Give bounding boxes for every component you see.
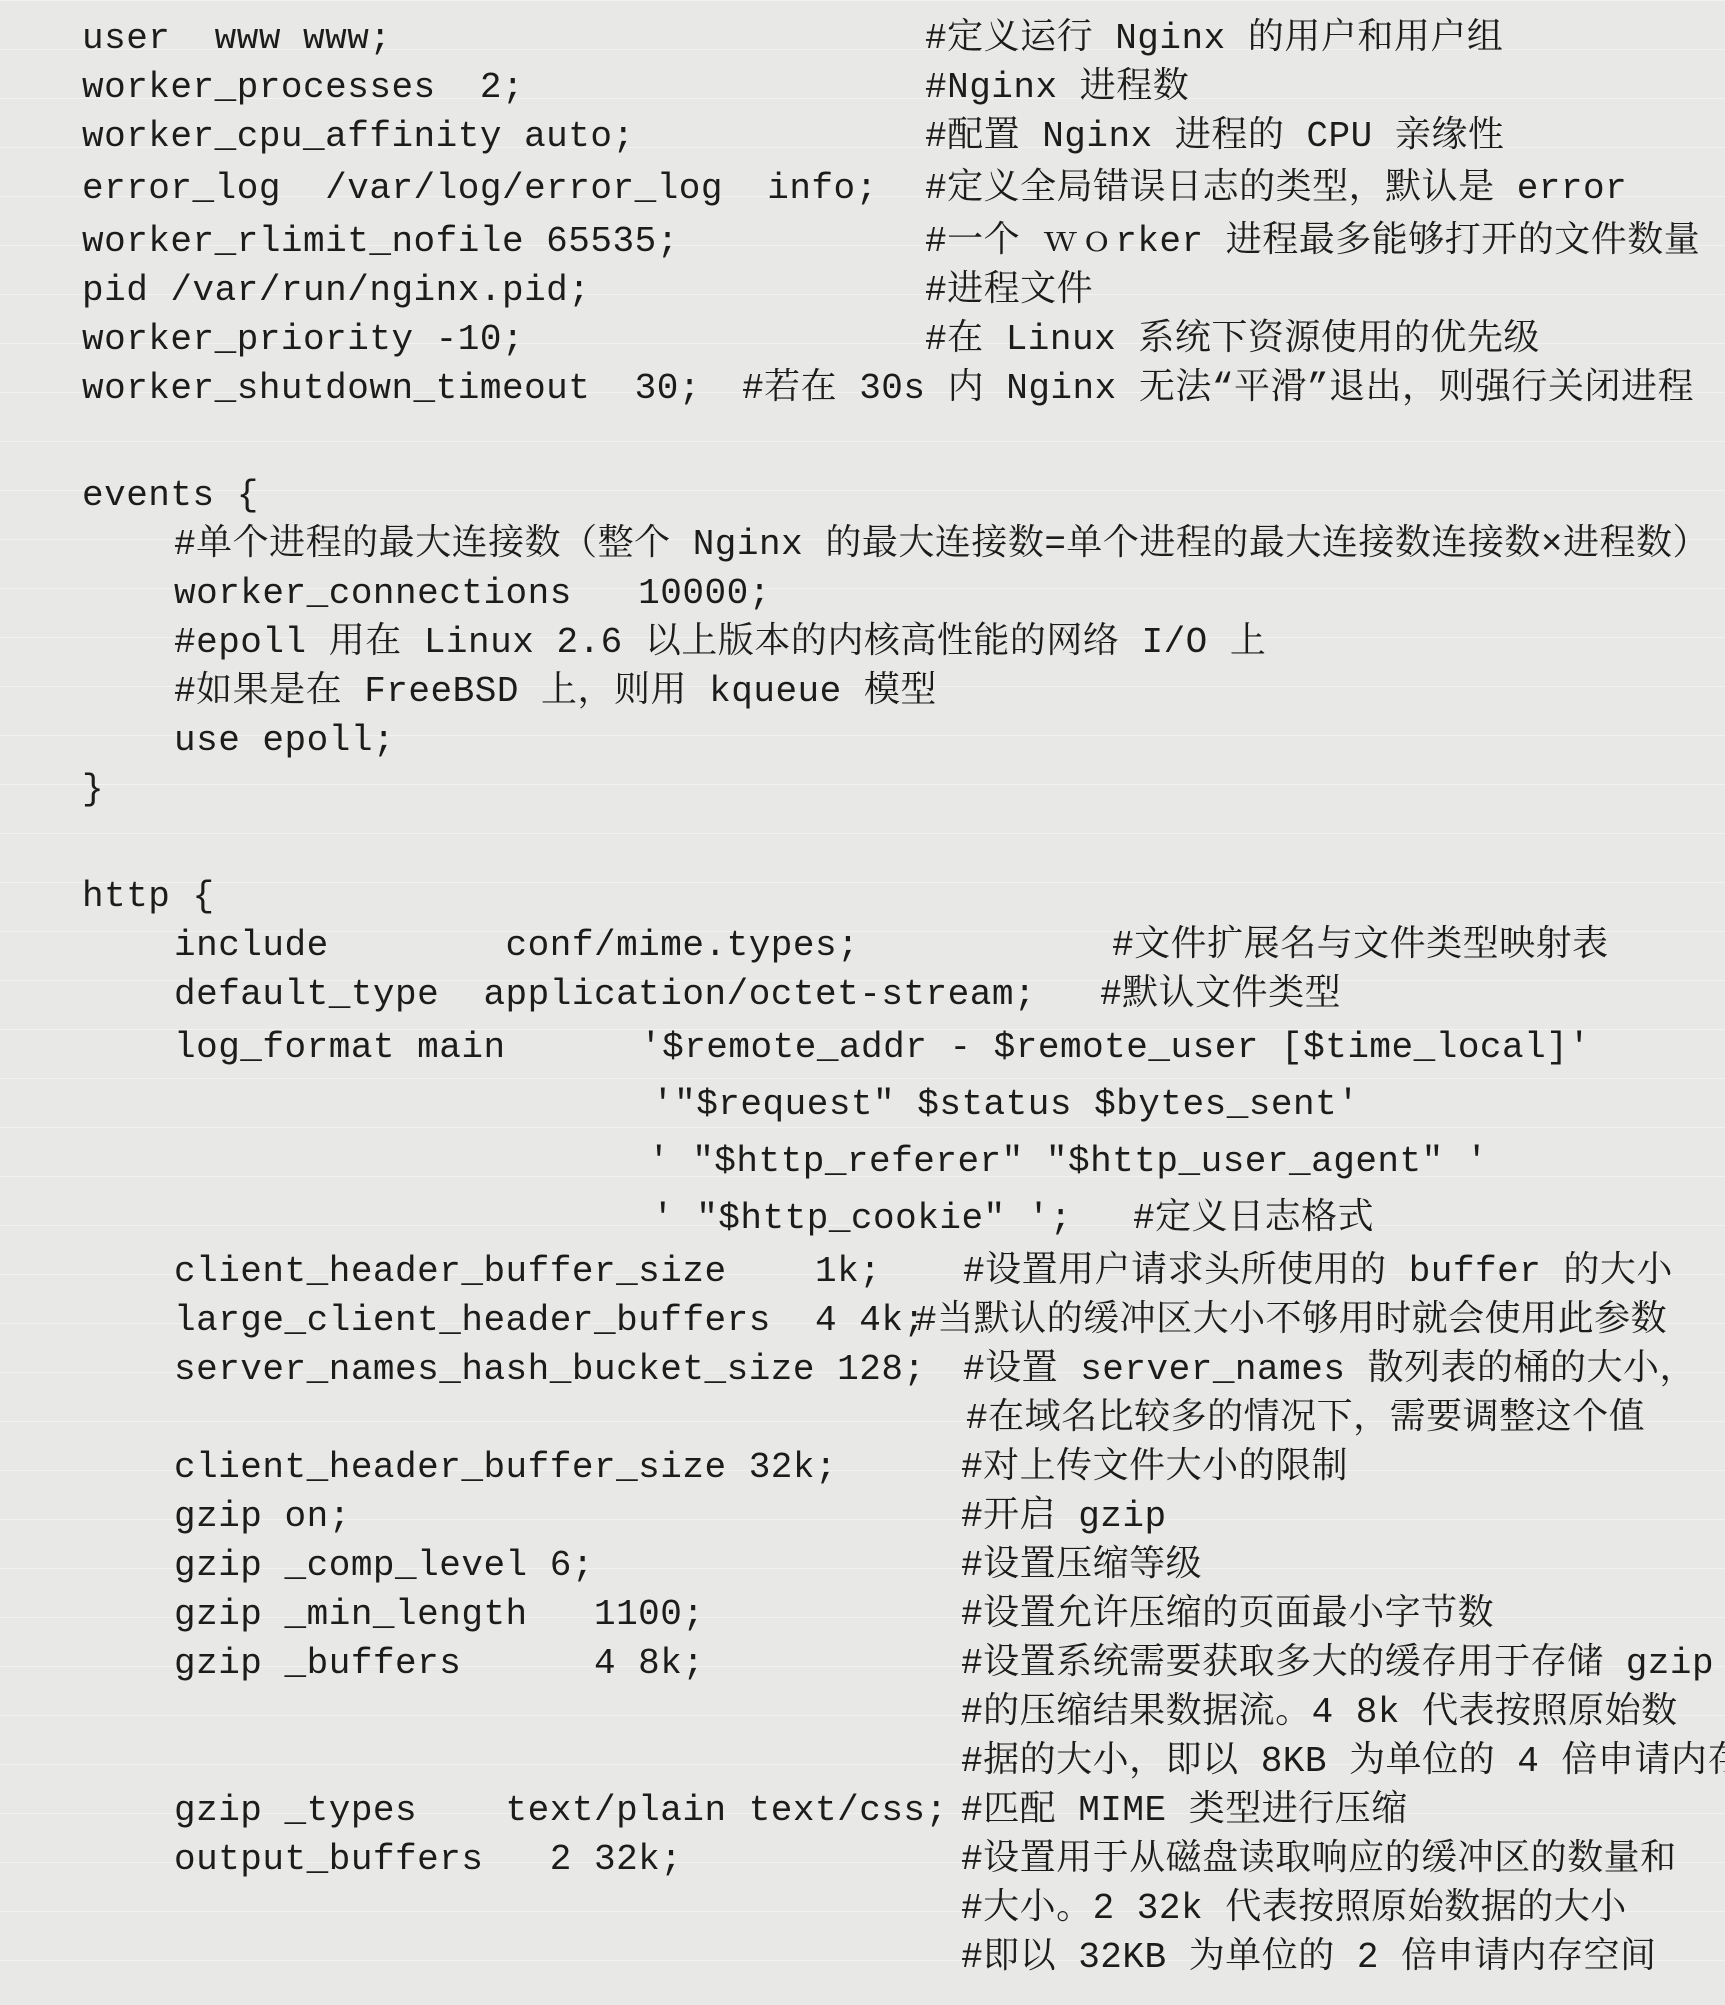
code-text: large_client_header_buffers 4 4k; bbox=[174, 1296, 926, 1345]
code-line: ' "$http_referer" "$http_user_agent" ' bbox=[0, 1133, 1725, 1190]
comment-text: #在域名比较多的情况下，需要调整这个值 bbox=[966, 1394, 1645, 1443]
comment-text: #定义运行 Nginx 的用户和用户组 bbox=[925, 14, 1503, 63]
code-line: include conf/mime.types;#文件扩展名与文件类型映射表 bbox=[0, 921, 1725, 970]
code-text: gzip _min_length 1100; bbox=[174, 1590, 704, 1639]
code-line: worker_priority -10;#在 Linux 系统下资源使用的优先级 bbox=[0, 315, 1725, 364]
code-line: error_log /var/log/error_log info;#定义全局错… bbox=[0, 161, 1725, 217]
code-text: default_type application/octet-stream; bbox=[174, 970, 1036, 1019]
code-line: } bbox=[0, 765, 1725, 814]
blank-line bbox=[0, 413, 1725, 471]
code-line: #在域名比较多的情况下，需要调整这个值 bbox=[0, 1394, 1725, 1443]
comment-text: #据的大小，即以 8KB 为单位的 4 倍申请内存 bbox=[961, 1737, 1725, 1786]
code-text: worker_connections 10000; bbox=[174, 569, 771, 618]
code-line: worker_connections 10000; bbox=[0, 569, 1725, 618]
code-line: user www www;#定义运行 Nginx 的用户和用户组 bbox=[0, 14, 1725, 63]
code-text: use epoll; bbox=[174, 716, 395, 765]
code-text: client_header_buffer_size 1k; bbox=[174, 1247, 881, 1296]
code-text: worker_shutdown_timeout 30; bbox=[82, 364, 701, 413]
code-line: #如果是在 FreeBSD 上，则用 kqueue 模型 bbox=[0, 667, 1725, 716]
code-line: worker_rlimit_nofile 65535;#一个 ｗｏrker 进程… bbox=[0, 217, 1725, 266]
comment-text: #开启 gzip bbox=[961, 1492, 1167, 1541]
comment-text: #设置压缩等级 bbox=[961, 1541, 1202, 1590]
code-text: pid /var/run/nginx.pid; bbox=[82, 266, 590, 315]
code-text: ' "$http_referer" "$http_user_agent" ' bbox=[648, 1133, 1488, 1190]
code-line: '"$request" $status $bytes_sent' bbox=[0, 1076, 1725, 1133]
code-text: user www www; bbox=[82, 14, 391, 63]
blank-line bbox=[0, 814, 1725, 872]
code-line: worker_processes 2;#Nginx 进程数 bbox=[0, 63, 1725, 112]
code-text: include conf/mime.types; bbox=[174, 921, 859, 970]
code-line: client_header_buffer_size 1k;#设置用户请求头所使用… bbox=[0, 1247, 1725, 1296]
code-text: gzip _buffers 4 8k; bbox=[174, 1639, 704, 1688]
code-line: pid /var/run/nginx.pid;#进程文件 bbox=[0, 266, 1725, 315]
code-line: gzip _types text/plain text/css;#匹配 MIME… bbox=[0, 1786, 1725, 1835]
code-line: gzip on;#开启 gzip bbox=[0, 1492, 1725, 1541]
comment-text: #设置用户请求头所使用的 buffer 的大小 bbox=[963, 1247, 1673, 1296]
comment-text: #单个进程的最大连接数（整个 Nginx 的最大连接数=单个进程的最大连接数连接… bbox=[174, 520, 1709, 569]
code-text: output_buffers 2 32k; bbox=[174, 1835, 682, 1884]
comment-text: #设置 server_names 散列表的桶的大小， bbox=[963, 1345, 1696, 1394]
comment-text: #设置用于从磁盘读取响应的缓冲区的数量和 bbox=[961, 1835, 1677, 1884]
comment-text: #epoll 用在 Linux 2.6 以上版本的内核高性能的网络 I/O 上 bbox=[174, 618, 1266, 667]
code-text: worker_rlimit_nofile 65535; bbox=[82, 217, 679, 266]
code-text: log_format main bbox=[174, 1019, 506, 1076]
code-line: #的压缩结果数据流。4 8k 代表按照原始数 bbox=[0, 1688, 1725, 1737]
comment-text: #匹配 MIME 类型进行压缩 bbox=[961, 1786, 1408, 1835]
code-text: gzip _types text/plain text/css; bbox=[174, 1786, 948, 1835]
code-text: client_header_buffer_size 32k; bbox=[174, 1443, 837, 1492]
comment-text: #一个 ｗｏrker 进程最多能够打开的文件数量 bbox=[925, 217, 1700, 266]
code-text: events { bbox=[82, 471, 259, 520]
comment-text: #若在 30s 内 Nginx 无法“平滑”退出，则强行关闭进程 bbox=[742, 364, 1694, 413]
code-line: worker_cpu_affinity auto;#配置 Nginx 进程的 C… bbox=[0, 112, 1725, 161]
comment-text: #配置 Nginx 进程的 CPU 亲缘性 bbox=[925, 112, 1504, 161]
code-line: events { bbox=[0, 471, 1725, 520]
code-line: log_format main'$remote_addr - $remote_u… bbox=[0, 1019, 1725, 1076]
comment-text: #Nginx 进程数 bbox=[925, 63, 1189, 112]
comment-text: #即以 32KB 为单位的 2 倍申请内存空间 bbox=[961, 1933, 1657, 1982]
code-line: #即以 32KB 为单位的 2 倍申请内存空间 bbox=[0, 1933, 1725, 1982]
code-line: ' "$http_cookie" ';#定义日志格式 bbox=[0, 1190, 1725, 1247]
code-line: default_type application/octet-stream;#默… bbox=[0, 970, 1725, 1019]
code-text: gzip on; bbox=[174, 1492, 351, 1541]
code-text: error_log /var/log/error_log info; bbox=[82, 161, 878, 217]
code-text: worker_processes 2; bbox=[82, 63, 524, 112]
comment-text: #设置系统需要获取多大的缓存用于存储 gzip bbox=[961, 1639, 1714, 1688]
code-line: use epoll; bbox=[0, 716, 1725, 765]
comment-text: #对上传文件大小的限制 bbox=[961, 1443, 1348, 1492]
code-line: http { bbox=[0, 872, 1725, 921]
code-text: '"$request" $status $bytes_sent' bbox=[652, 1076, 1359, 1133]
comment-text: #定义全局错误日志的类型，默认是 error bbox=[925, 161, 1627, 217]
code-line: #据的大小，即以 8KB 为单位的 4 倍申请内存 bbox=[0, 1737, 1725, 1786]
code-line: #单个进程的最大连接数（整个 Nginx 的最大连接数=单个进程的最大连接数连接… bbox=[0, 520, 1725, 569]
comment-text: #在 Linux 系统下资源使用的优先级 bbox=[925, 315, 1540, 364]
code-line: gzip _comp_level 6;#设置压缩等级 bbox=[0, 1541, 1725, 1590]
comment-text: #的压缩结果数据流。4 8k 代表按照原始数 bbox=[961, 1688, 1678, 1737]
comment-text: #当默认的缓冲区大小不够用时就会使用此参数 bbox=[915, 1296, 1667, 1345]
code-line: worker_shutdown_timeout 30;#若在 30s 内 Ngi… bbox=[0, 364, 1725, 413]
code-text: ' "$http_cookie" '; bbox=[652, 1190, 1072, 1247]
code-line: output_buffers 2 32k;#设置用于从磁盘读取响应的缓冲区的数量… bbox=[0, 1835, 1725, 1884]
code-line: #大小。2 32k 代表按照原始数据的大小 bbox=[0, 1884, 1725, 1933]
code-text: worker_priority -10; bbox=[82, 315, 524, 364]
code-text: http { bbox=[82, 872, 215, 921]
comment-text: #设置允许压缩的页面最小字节数 bbox=[961, 1590, 1494, 1639]
code-text: '$remote_addr - $remote_user [$time_loca… bbox=[640, 1019, 1590, 1076]
code-text: server_names_hash_bucket_size 128; bbox=[174, 1345, 926, 1394]
code-line: gzip _buffers 4 8k;#设置系统需要获取多大的缓存用于存储 gz… bbox=[0, 1639, 1725, 1688]
code-line: server_names_hash_bucket_size 128;#设置 se… bbox=[0, 1345, 1725, 1394]
code-text: } bbox=[82, 765, 104, 814]
code-line: client_header_buffer_size 32k;#对上传文件大小的限… bbox=[0, 1443, 1725, 1492]
comment-text: #定义日志格式 bbox=[1133, 1190, 1374, 1247]
code-line: gzip _min_length 1100;#设置允许压缩的页面最小字节数 bbox=[0, 1590, 1725, 1639]
comment-text: #文件扩展名与文件类型映射表 bbox=[1112, 921, 1609, 970]
comment-text: #大小。2 32k 代表按照原始数据的大小 bbox=[961, 1884, 1627, 1933]
code-text: gzip _comp_level 6; bbox=[174, 1541, 594, 1590]
comment-text: #如果是在 FreeBSD 上，则用 kqueue 模型 bbox=[174, 667, 937, 716]
config-listing: user www www;#定义运行 Nginx 的用户和用户组worker_p… bbox=[0, 0, 1725, 1982]
code-line: #epoll 用在 Linux 2.6 以上版本的内核高性能的网络 I/O 上 bbox=[0, 618, 1725, 667]
code-text: worker_cpu_affinity auto; bbox=[82, 112, 635, 161]
code-line: large_client_header_buffers 4 4k;#当默认的缓冲… bbox=[0, 1296, 1725, 1345]
comment-text: #默认文件类型 bbox=[1100, 970, 1341, 1019]
comment-text: #进程文件 bbox=[925, 266, 1093, 315]
